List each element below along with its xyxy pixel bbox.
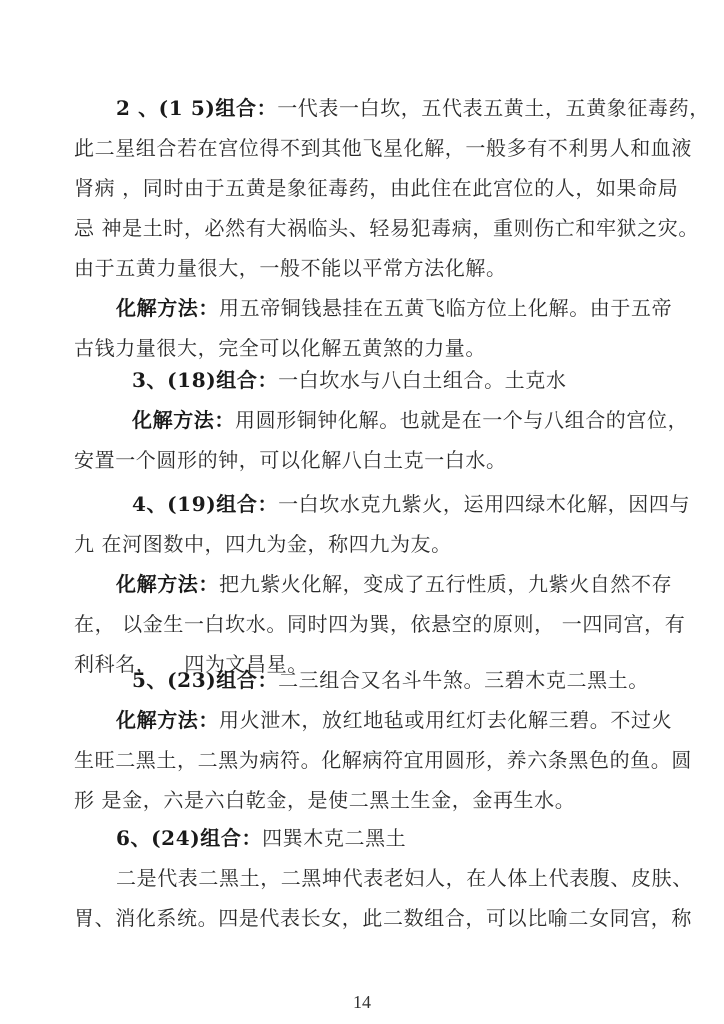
page-number: 14 — [0, 992, 724, 1013]
line-text: 肾病 ，同时由于五黄是象征毒药，由此住在此宫位的人，如果命局 — [74, 176, 678, 200]
text-line: 化解方法：用五帝铜钱悬挂在五黄飞临方位上化解。由于五帝 — [74, 296, 718, 320]
text-line: 2 、(1 5)组合：一代表一白坎，五代表五黄土，五黄象征毒药， — [74, 96, 718, 120]
section-heading: 3、(18)组合： — [132, 368, 278, 392]
section-heading: 2 、(1 5)组合： — [116, 96, 277, 120]
text-line: 化解方法：用圆形铜钟化解。也就是在一个与八组合的宫位， — [74, 408, 724, 432]
line-text: 一白坎水克九紫火，运用四绿木化解，因四与 — [278, 492, 690, 516]
text-line: 形 是金，六是六白乾金，是使二黑土生金，金再生水。 — [74, 788, 676, 812]
line-text: 由于五黄力量很大，一般不能以平常方法化解。 — [74, 256, 507, 280]
line-text: 忌 神是土时，必然有大祸临头、轻易犯毒病，重则伤亡和牢狱之灾。 — [74, 216, 699, 240]
line-text: 胃、消化系统。四是代表长女，此二数组合，可以比喻二女同宫，称 — [74, 906, 692, 930]
text-line: 安置一个圆形的钟，可以化解八白土克一白水。 — [74, 448, 676, 472]
line-text: 二三组合又名斗牛煞。三碧木克二黑土。 — [278, 668, 649, 692]
line-text: 用圆形铜钟化解。也就是在一个与八组合的宫位， — [235, 408, 688, 432]
method-label: 化解方法： — [116, 708, 219, 732]
text-line: 化解方法：把九紫火化解，变成了五行性质，九紫火自然不存 — [74, 572, 718, 596]
line-text: 九 在河图数中，四九为金，称四九为友。 — [74, 532, 452, 556]
method-label: 化解方法： — [116, 296, 219, 320]
section-heading: 6、(24)组合： — [116, 826, 262, 850]
line-text: 四巽木克二黑土 — [262, 826, 406, 850]
line-text: 此二星组合若在宫位得不到其他飞星化解，一般多有不利男人和血液 — [74, 136, 692, 160]
text-line: 忌 神是土时，必然有大祸临头、轻易犯毒病，重则伤亡和牢狱之灾。 — [74, 216, 676, 240]
line-text: 用火泄木，放红地毡或用红灯去化解三碧。不过火 — [219, 708, 672, 732]
text-line: 5、(23)组合：二三组合又名斗牛煞。三碧木克二黑土。 — [74, 668, 724, 692]
line-text: 一白坎水与八白土组合。土克水 — [278, 368, 566, 392]
line-text: 在， 以金生一白坎水。同时四为巽，依悬空的原则， 一四同宫，有 — [74, 612, 685, 636]
text-line: 生旺二黑土，二黑为病符。化解病符宜用圆形，养六条黑色的鱼。圆 — [74, 748, 676, 772]
line-text: 一代表一白坎，五代表五黄土，五黄象征毒药， — [277, 96, 710, 120]
method-label: 化解方法： — [116, 572, 219, 596]
line-text: 二是代表二黑土，二黑坤代表老妇人，在人体上代表腹、皮肤、 — [116, 866, 693, 890]
text-line: 4、(19)组合：一白坎水克九紫火，运用四绿木化解，因四与 — [74, 492, 724, 516]
text-line: 3、(18)组合：一白坎水与八白土组合。土克水 — [74, 368, 724, 392]
text-line: 二是代表二黑土，二黑坤代表老妇人，在人体上代表腹、皮肤、 — [74, 866, 718, 890]
line-text: 安置一个圆形的钟，可以化解八白土克一白水。 — [74, 448, 507, 472]
text-line: 在， 以金生一白坎水。同时四为巽，依悬空的原则， 一四同宫，有 — [74, 612, 676, 636]
line-text: 形 是金，六是六白乾金，是使二黑土生金，金再生水。 — [74, 788, 575, 812]
line-text: 把九紫火化解，变成了五行性质，九紫火自然不存 — [219, 572, 672, 596]
method-label: 化解方法： — [132, 408, 235, 432]
text-line: 由于五黄力量很大，一般不能以平常方法化解。 — [74, 256, 676, 280]
text-line: 此二星组合若在宫位得不到其他飞星化解，一般多有不利男人和血液 — [74, 136, 676, 160]
section-heading: 5、(23)组合： — [132, 668, 278, 692]
text-line: 肾病 ，同时由于五黄是象征毒药，由此住在此宫位的人，如果命局 — [74, 176, 676, 200]
line-text: 用五帝铜钱悬挂在五黄飞临方位上化解。由于五帝 — [219, 296, 672, 320]
text-line: 6、(24)组合：四巽木克二黑土 — [74, 826, 718, 850]
text-line: 九 在河图数中，四九为金，称四九为友。 — [74, 532, 676, 556]
text-line: 化解方法：用火泄木，放红地毡或用红灯去化解三碧。不过火 — [74, 708, 718, 732]
line-text: 古钱力量很大，完全可以化解五黄煞的力量。 — [74, 336, 486, 360]
text-line: 古钱力量很大，完全可以化解五黄煞的力量。 — [74, 336, 676, 360]
section-heading: 4、(19)组合： — [132, 492, 278, 516]
document-page: 2 、(1 5)组合：一代表一白坎，五代表五黄土，五黄象征毒药， 此二星组合若在… — [0, 0, 724, 1024]
text-line: 胃、消化系统。四是代表长女，此二数组合，可以比喻二女同宫，称 — [74, 906, 676, 930]
line-text: 生旺二黑土，二黑为病符。化解病符宜用圆形，养六条黑色的鱼。圆 — [74, 748, 692, 772]
